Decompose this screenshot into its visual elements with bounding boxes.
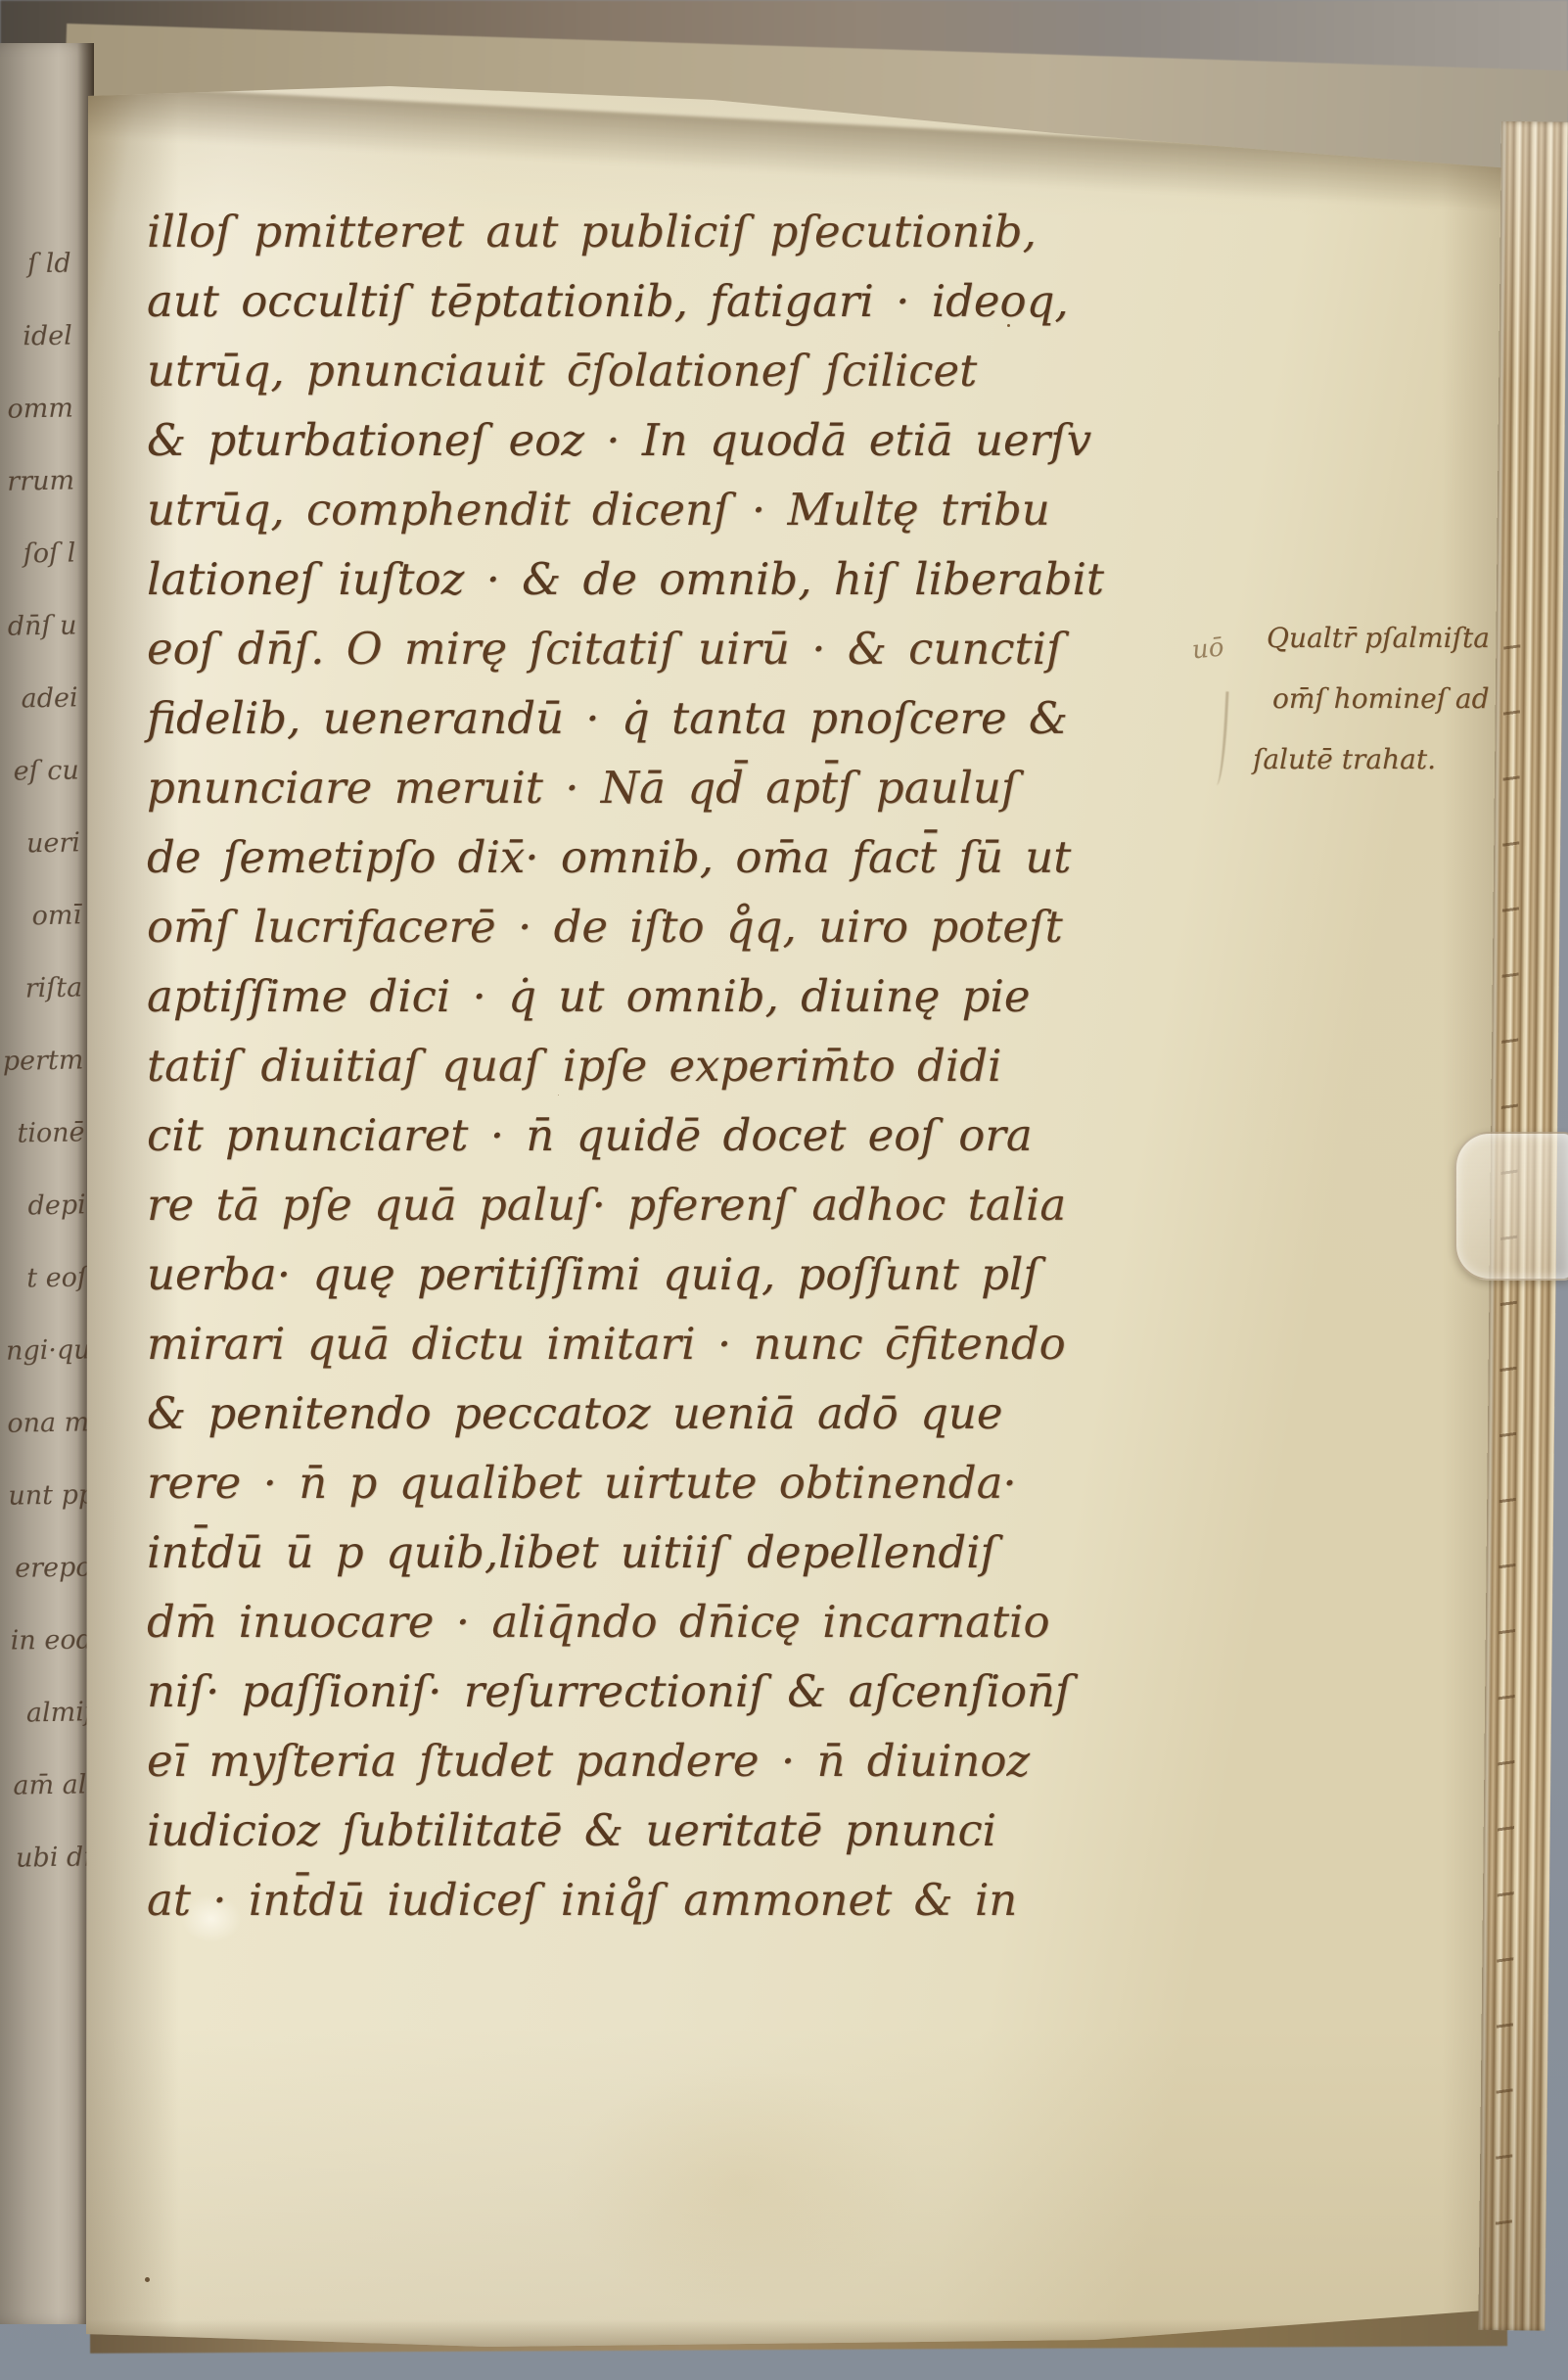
text-line: niſ· paſſioniſ· reſurrectioniſ & aſcenſi…	[147, 1659, 1223, 1729]
facing-page-edge: ſ ldidelommrrumſoſ ldn̄ſ uadeieſ cuuerio…	[0, 43, 94, 2324]
facing-fragment: tionē	[2, 1103, 94, 1177]
facing-fragment: ſoſ l	[0, 524, 88, 597]
text-line: pnunciare meruit · Nā qd̄ apt̄ſ pauluſ	[147, 756, 1223, 825]
facing-fragment: almiſ	[11, 1683, 94, 1756]
text-line: utrūq, comphendit dicenſ · Multę tribu	[147, 478, 1223, 547]
text-line: rere · n̄ p qualibet uirtute obtinenda·	[147, 1451, 1223, 1520]
text-line: dm̄ inuocare · aliq̄ndo dn̄icę incarnati…	[147, 1590, 1223, 1659]
facing-fragment: in eod	[10, 1610, 94, 1684]
text-line: fidelib, uenerandū · q̇ tanta pnoſcere &	[147, 686, 1223, 756]
text-line: mirari quā dictu imitari · nunc c̄fitend…	[147, 1312, 1223, 1381]
facing-fragment-list: ſ ldidelommrrumſoſ ldn̄ſ uadeieſ cuuerio…	[0, 43, 94, 1902]
facing-fragment: adei	[0, 669, 90, 742]
facing-fragment: dn̄ſ u	[0, 596, 89, 670]
ink-speck	[145, 2277, 150, 2282]
text-line: iudicioz ſubtilitatē & ueritatē pnunci	[147, 1798, 1223, 1868]
text-line: om̄ſ lucrifacerē · de iſto q̊q, uiro pot…	[147, 895, 1223, 964]
facing-fragment: ſ ld	[0, 234, 83, 307]
facing-fragment: ona m	[7, 1393, 94, 1467]
text-line: aut occultiſ tēptationib, fatigari · ide…	[147, 269, 1223, 339]
main-text: illoſ pmitteret aut publiciſ pſecutionib…	[147, 200, 1223, 1937]
text-line: utrūq, pnunciauit c̄ſolationeſ ſcilicet	[147, 339, 1223, 408]
text-line: cit pnunciaret · n̄ quidē docet eoſ ora	[147, 1103, 1223, 1173]
text-line: eoſ dn̄ſ. O mirę ſcitatiſ uirū · & cunct…	[147, 617, 1223, 686]
facing-fragment: erepo	[9, 1538, 94, 1611]
text-line: & penitendo peccatoz ueniā adō que	[147, 1381, 1223, 1451]
text-line: eī myſteria ſtudet pandere · n̄ diuinoz	[147, 1729, 1223, 1798]
facing-fragment: ueri	[0, 814, 93, 887]
facing-fragment: ngi·qu	[6, 1321, 94, 1394]
text-line: lationeſ iuſtoz · & de omnib, hiſ libera…	[147, 547, 1223, 617]
text-line: int̄dū ū p quib,libet uitiiſ depellendiſ	[147, 1520, 1223, 1590]
facing-fragment: omm	[0, 379, 86, 452]
facing-fragment: pertm	[1, 1031, 94, 1104]
facing-fragment: unt pp	[8, 1466, 94, 1539]
text-line: & pturbationeſ eoz · In quodā etiā uerſv	[147, 408, 1223, 478]
text-line: illoſ pmitteret aut publiciſ pſecutionib…	[147, 200, 1223, 269]
margin-mark: uō	[1191, 632, 1225, 665]
text-line: uerba· quę peritiſſimi quiq, poſſunt plſ	[147, 1242, 1223, 1312]
facing-fragment: depi	[3, 1176, 94, 1249]
facing-fragment: t eoſ	[4, 1248, 94, 1322]
text-line: at · int̄dū iudiceſ iniq̊ſ ammonet & in	[147, 1868, 1223, 1937]
facing-fragment: idel	[0, 306, 84, 380]
facing-fragment: am̄ ali	[13, 1755, 94, 1829]
text-line: re tā pſe quā paluſ· pferenſ adhoc talia	[147, 1173, 1223, 1242]
facing-fragment: rrum	[0, 451, 87, 525]
text-line: de ſemetipſo dix̄· omnib, om̄a fact̄ ſū …	[147, 825, 1223, 895]
text-line: aptiſſime dici · q̇ ut omnib, diuinę pie	[147, 964, 1223, 1034]
manuscript-page: 43. illoſ pmitteret aut publiciſ pſecuti…	[86, 57, 1510, 2348]
facing-fragment: ubi dr̄	[14, 1828, 94, 1901]
facing-fragment: eſ cu	[0, 741, 91, 815]
facing-fragment: riſta	[0, 958, 94, 1032]
page-tab	[1454, 1132, 1568, 1281]
manuscript-photo: ſ ldidelommrrumſoſ ldn̄ſ uadeieſ cuuerio…	[0, 0, 1568, 2380]
facing-fragment: omī	[0, 886, 94, 959]
text-line: tatiſ diuitiaſ quaſ ipſe experim̄to didi	[147, 1034, 1223, 1103]
